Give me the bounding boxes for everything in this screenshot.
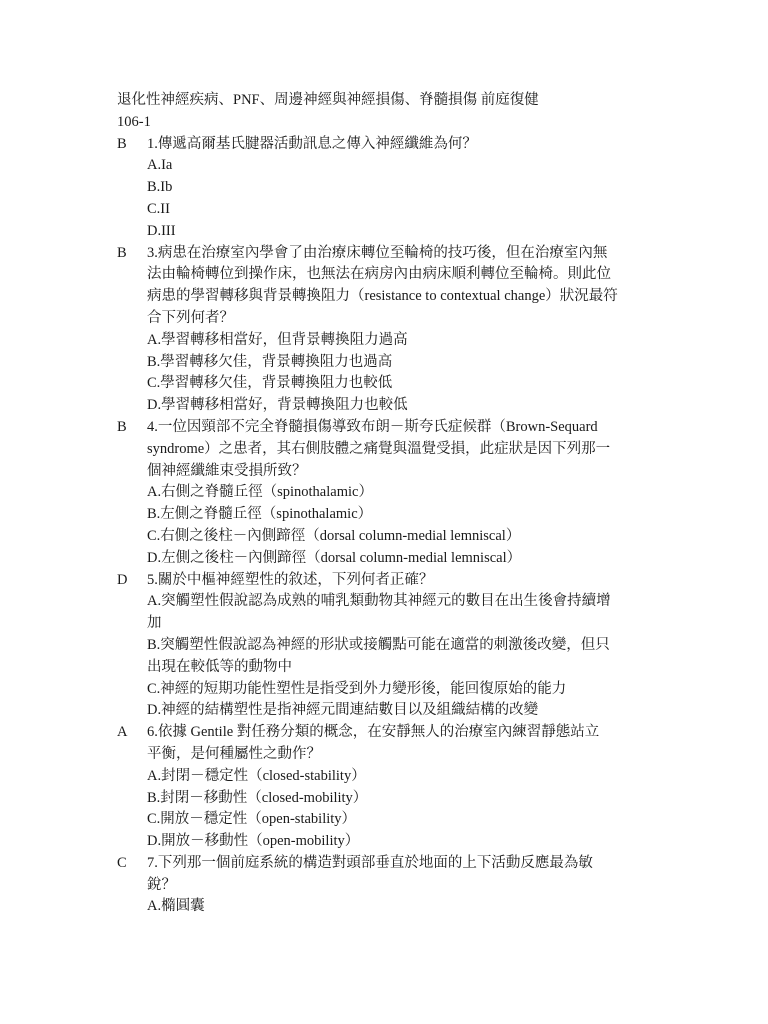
question-text: 4.一位因頸部不完全脊髓損傷導致布朗－斯夸氏症候群（Brown-Sequard <box>147 417 657 439</box>
question-1: B 1.傳遞高爾基氏腱器活動訊息之傳入神經纖維為何？ A.Ia B.Ib C.I… <box>117 134 657 243</box>
question-4: B 4.一位因頸部不完全脊髓損傷導致布朗－斯夸氏症候群（Brown-Sequar… <box>117 417 657 570</box>
option-c: C.學習轉移欠佳，背景轉換阻力也較低 <box>147 373 657 395</box>
answer-key: B <box>117 134 147 156</box>
question-text: 3.病患在治療室內學會了由治療床轉位至輪椅的技巧後，但在治療室內無 <box>147 243 657 265</box>
option-c: C.II <box>147 199 657 221</box>
question-text: 合下列何者？ <box>147 308 657 330</box>
option-a: A.封閉－穩定性（closed-stability） <box>147 766 657 788</box>
option-a: A.Ia <box>147 155 657 177</box>
option-b: B.左側之脊髓丘徑（spinothalamic） <box>147 504 657 526</box>
option-b-continued: 出現在較低等的動物中 <box>147 657 657 679</box>
option-c: C.神經的短期功能性塑性是指受到外力變形後，能回復原始的能力 <box>147 679 657 701</box>
answer-key: A <box>117 722 147 744</box>
question-text: 6.依據 Gentile 對任務分類的概念，在安靜無人的治療室內練習靜態站立 <box>147 722 657 744</box>
question-text: syndrome）之患者，其右側肢體之痛覺與溫覺受損，此症狀是因下列那一 <box>147 439 657 461</box>
question-text: 平衡，是何種屬性之動作？ <box>147 744 657 766</box>
question-text: 病患的學習轉移與背景轉換阻力（resistance to contextual … <box>147 286 657 308</box>
option-a: A.右側之脊髓丘徑（spinothalamic） <box>147 482 657 504</box>
answer-key: B <box>117 417 147 439</box>
exam-code: 106-1 <box>117 112 657 134</box>
option-b: B.學習轉移欠佳，背景轉換阻力也過高 <box>147 352 657 374</box>
question-text: 個神經纖維束受損所致？ <box>147 461 657 483</box>
option-b: B.Ib <box>147 177 657 199</box>
option-d: D.左側之後柱－內側蹄徑（dorsal column-medial lemnis… <box>147 548 657 570</box>
option-a: A.突觸塑性假說認為成熟的哺乳類動物其神經元的數目在出生後會持續增 <box>147 591 657 613</box>
option-d: D.III <box>147 221 657 243</box>
question-text: 7.下列那一個前庭系統的構造對頭部垂直於地面的上下活動反應最為敏 <box>147 853 657 875</box>
question-text: 銳？ <box>147 875 657 897</box>
question-3: B 3.病患在治療室內學會了由治療床轉位至輪椅的技巧後，但在治療室內無 法由輪椅… <box>117 243 657 417</box>
option-d: D.神經的結構塑性是指神經元間連結數目以及組織結構的改變 <box>147 700 657 722</box>
question-text: 5.關於中樞神經塑性的敘述，下列何者正確？ <box>147 570 657 592</box>
document-page: 退化性神經疾病、PNF、周邊神經與神經損傷、脊髓損傷 前庭復健 106-1 B … <box>117 90 657 918</box>
option-a: A.橢圓囊 <box>147 896 657 918</box>
option-b: B.封閉－移動性（closed-mobility） <box>147 788 657 810</box>
option-a-continued: 加 <box>147 613 657 635</box>
option-d: D.學習轉移相當好，背景轉換阻力也較低 <box>147 395 657 417</box>
option-d: D.開放－移動性（open-mobility） <box>147 831 657 853</box>
question-5: D 5.關於中樞神經塑性的敘述，下列何者正確？ A.突觸塑性假說認為成熟的哺乳類… <box>117 570 657 723</box>
question-text: 法由輪椅轉位到操作床，也無法在病房內由病床順利轉位至輪椅。則此位 <box>147 264 657 286</box>
answer-key: D <box>117 570 147 592</box>
answer-key: C <box>117 853 147 875</box>
option-c: C.開放－穩定性（open-stability） <box>147 809 657 831</box>
question-text: 1.傳遞高爾基氏腱器活動訊息之傳入神經纖維為何？ <box>147 134 657 156</box>
option-a: A.學習轉移相當好，但背景轉換阻力過高 <box>147 330 657 352</box>
option-b: B.突觸塑性假說認為神經的形狀或接觸點可能在適當的刺激後改變，但只 <box>147 635 657 657</box>
option-c: C.右側之後柱－內側蹄徑（dorsal column-medial lemnis… <box>147 526 657 548</box>
document-title: 退化性神經疾病、PNF、周邊神經與神經損傷、脊髓損傷 前庭復健 <box>117 90 657 112</box>
question-7: C 7.下列那一個前庭系統的構造對頭部垂直於地面的上下活動反應最為敏 銳？ A.… <box>117 853 657 918</box>
question-6: A 6.依據 Gentile 對任務分類的概念，在安靜無人的治療室內練習靜態站立… <box>117 722 657 853</box>
answer-key: B <box>117 243 147 265</box>
